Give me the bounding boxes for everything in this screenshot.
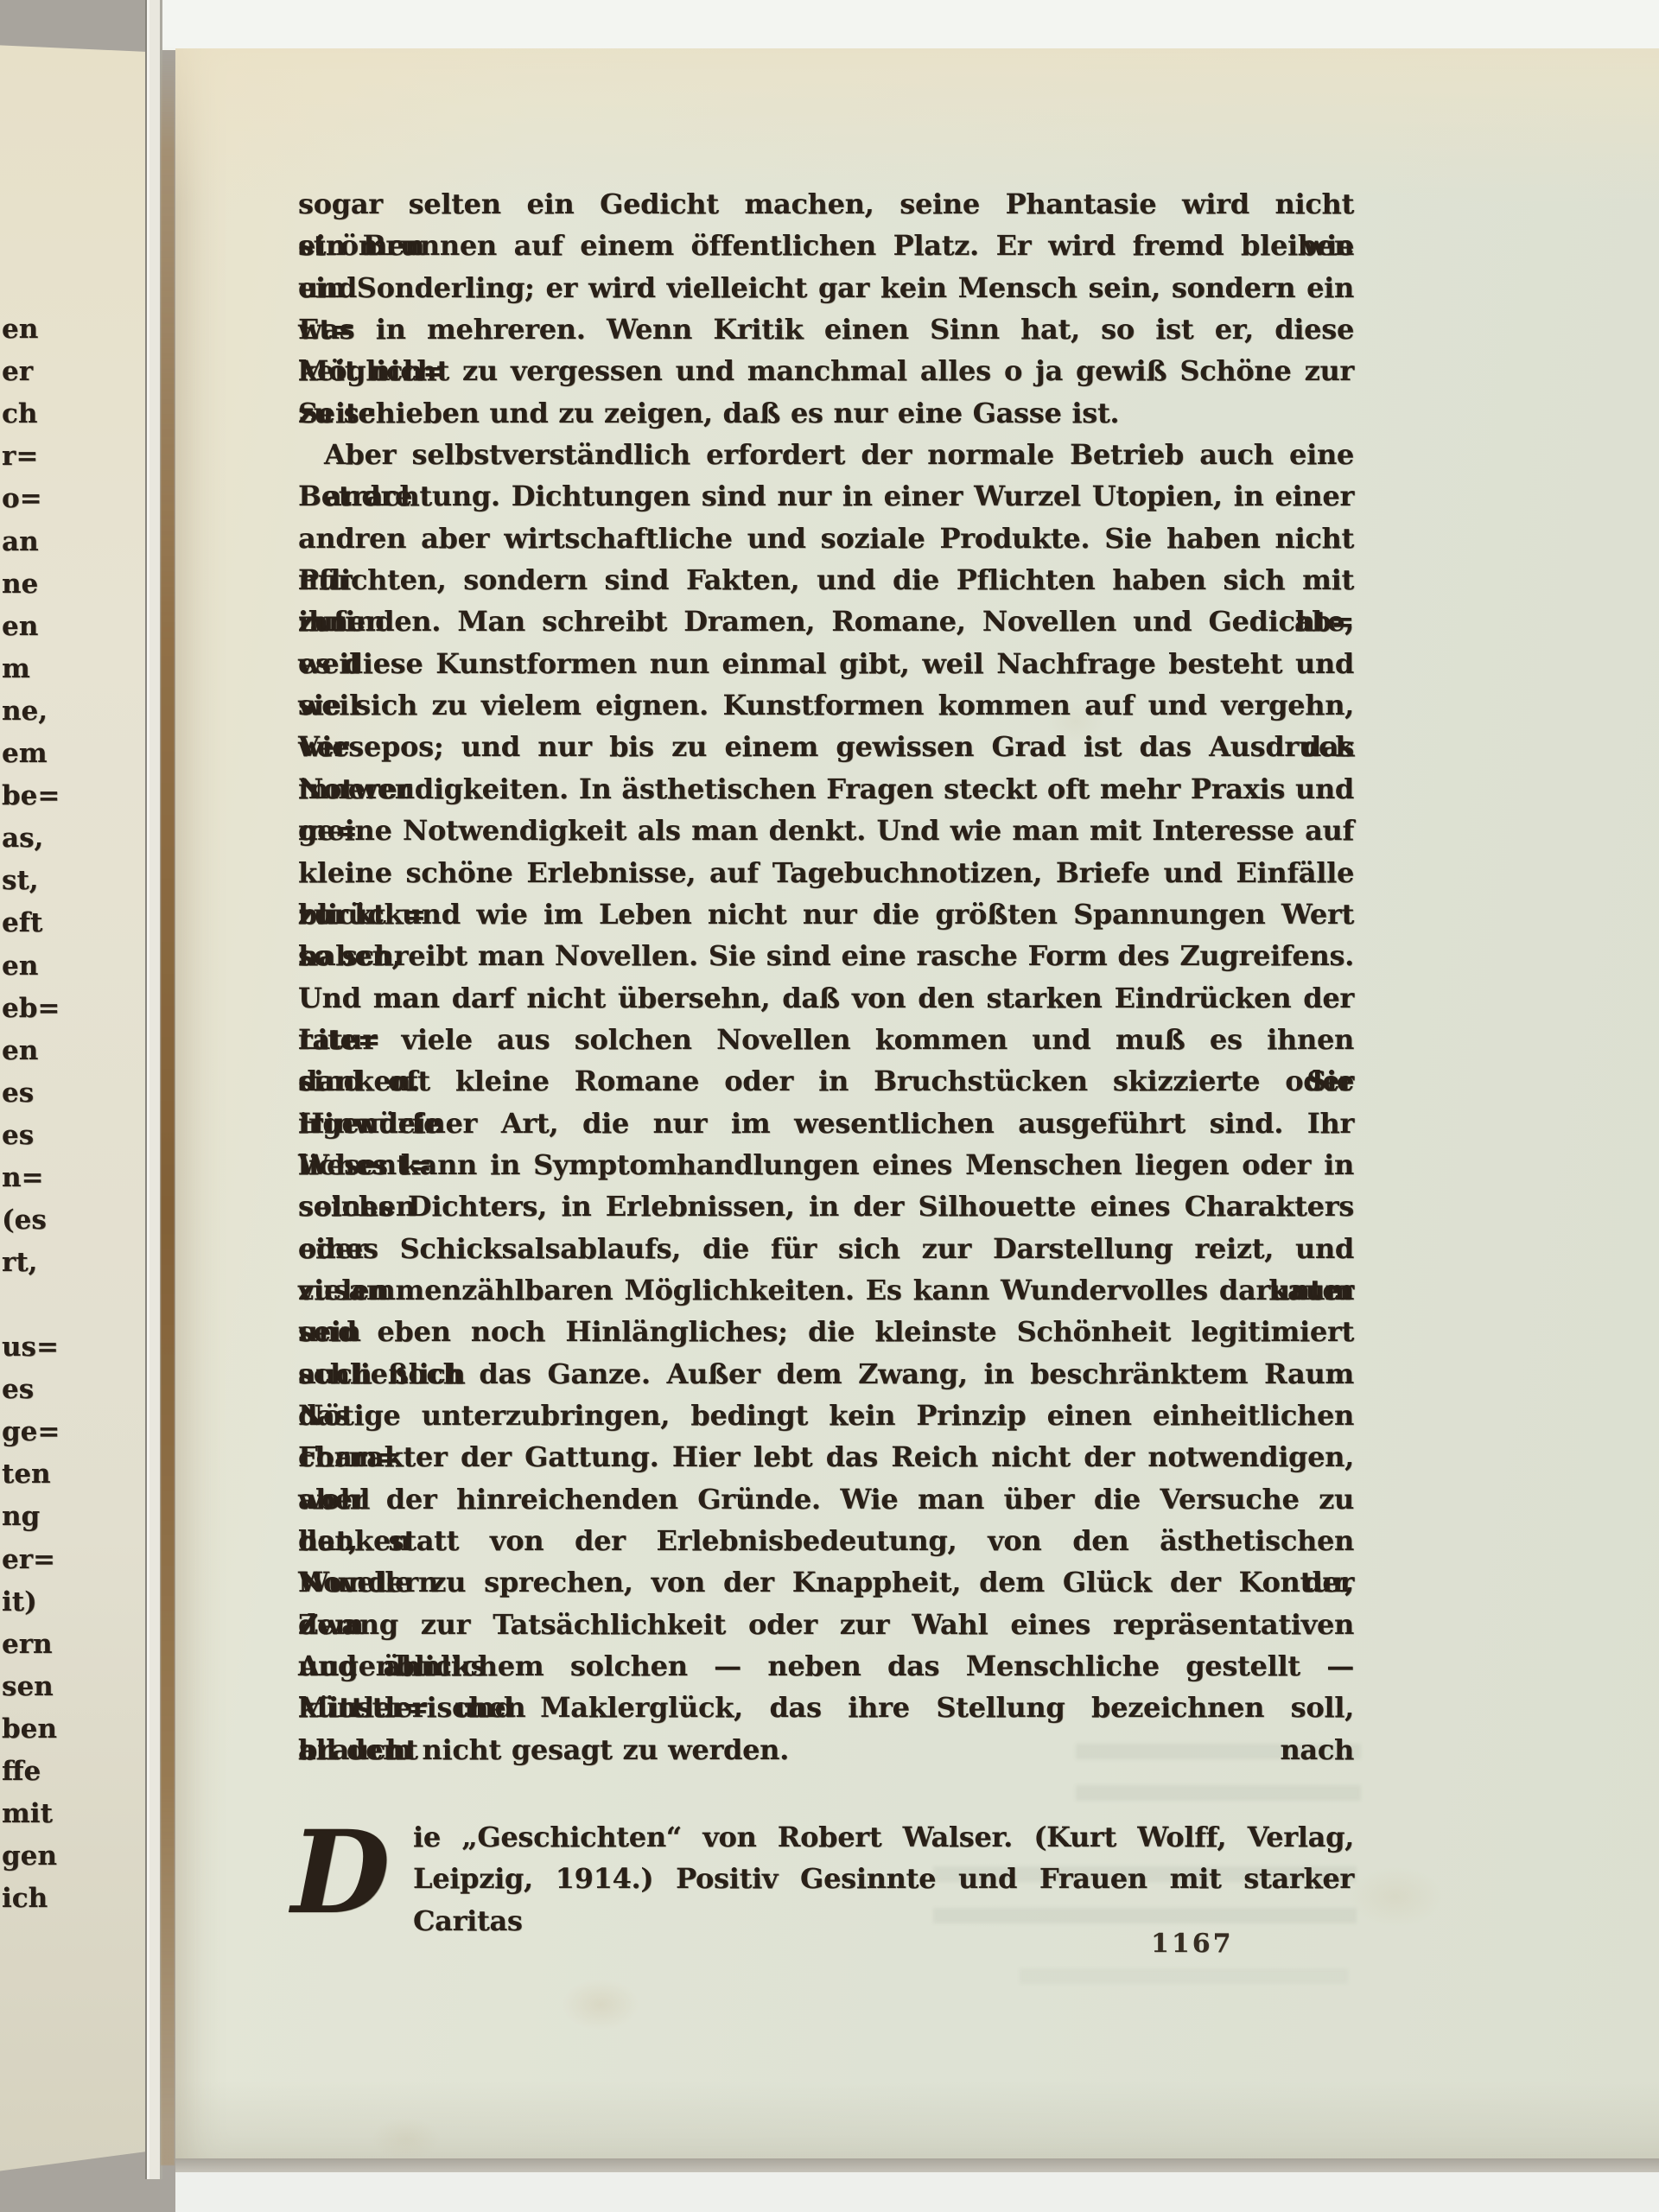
body-text-line: ein Brunnen auf einem öffentlichen Platz… xyxy=(298,225,1354,266)
foxing-spot xyxy=(562,1979,639,2031)
body-text-line: es diese Kunstformen nun einmal gibt, we… xyxy=(298,643,1354,684)
facing-page-line-fragment: (es xyxy=(2,1207,47,1234)
fore-edge-stain xyxy=(161,47,175,2165)
facing-page-line-fragment: o= xyxy=(2,486,42,512)
body-text-line: und ähnlichem solchen — neben das Mensch… xyxy=(298,1645,1354,1687)
body-text-line: so schreibt man Novellen. Sie sind eine … xyxy=(298,935,1354,976)
facing-page-line-fragment: as, xyxy=(2,825,43,852)
page-number: 1167 xyxy=(1151,1927,1234,1961)
body-text-line: keit nicht zu vergessen und manchmal all… xyxy=(298,350,1354,391)
facing-page-line-fragment: ten xyxy=(2,1461,51,1488)
facing-page-line-fragment: en xyxy=(2,316,38,343)
body-text-line: liches kann in Symptomhandlungen eines M… xyxy=(298,1144,1354,1185)
facing-page-line-fragment: mit xyxy=(2,1801,53,1827)
body-text-line: ein Sonderling; er wird vielleicht gar k… xyxy=(298,267,1354,308)
body-text-line: sind oft kleine Romane oder in Bruchstüc… xyxy=(298,1060,1354,1102)
facing-page-line-fragment: sen xyxy=(2,1674,54,1700)
facing-page-line-fragment: be= xyxy=(2,783,60,810)
review-paragraph-lines: ie „Geschichten“ von Robert Walser. (Kur… xyxy=(298,1816,1354,1900)
facing-page-line-fragment: ben xyxy=(2,1716,57,1743)
body-text-line: Notwendigkeiten. In ästhetischen Fragen … xyxy=(298,768,1354,810)
body-text-line: Betrachtung. Dichtungen sind nur in eine… xyxy=(298,475,1354,517)
facing-page-line-fragment: st, xyxy=(2,868,39,894)
facing-page-line-fragment: er= xyxy=(2,1547,55,1573)
body-text-line: auch noch das Ganze. Außer dem Zwang, in… xyxy=(298,1353,1354,1395)
body-text-line: Novelle zu sprechen, von der Knappheit, … xyxy=(298,1561,1354,1603)
body-text-line: eines Schicksalsablaufs, die für sich zu… xyxy=(298,1228,1354,1269)
facing-page-line-fragment: an xyxy=(2,529,39,556)
facing-page-line-fragment: ich xyxy=(2,1885,48,1912)
body-text-line: meine Notwendigkeit als man denkt. Und w… xyxy=(298,810,1354,851)
body-text-line: was in mehreren. Wenn Kritik einen Sinn … xyxy=(298,308,1354,350)
facing-page-line-fragment: es xyxy=(2,1122,34,1149)
foxing-spot xyxy=(1348,1866,1443,1927)
body-text-line: andren aber wirtschaftliche und soziale … xyxy=(298,518,1354,559)
body-text-line: und eben noch Hinlängliches; die kleinst… xyxy=(298,1311,1354,1352)
body-text-line: Nötige unterzubringen, bedingt kein Prin… xyxy=(298,1395,1354,1436)
facing-page-line-fragment: gen xyxy=(2,1843,57,1870)
foxing-spot xyxy=(372,2117,441,2160)
body-text-line: Versepos; und nur bis zu einem gewissen … xyxy=(298,726,1354,767)
facing-page-line-fragment: ch xyxy=(2,401,37,428)
body-text-line: Aber selbstverständlich erfordert der no… xyxy=(298,434,1354,475)
body-text-line: seines Dichters, in Erlebnissen, in der … xyxy=(298,1185,1354,1227)
body-text-line: Und man darf nicht übersehn, daß von den… xyxy=(298,977,1354,1019)
facing-page-line-fragment: ne xyxy=(2,571,38,598)
facing-page-line-fragment: eft xyxy=(2,910,42,937)
body-text-line: zufinden. Man schreibt Dramen, Romane, N… xyxy=(298,601,1354,642)
facing-page-line-fragment: en xyxy=(2,1038,38,1065)
facing-page-line-fragment: eb= xyxy=(2,995,60,1022)
page-bottom-shadow xyxy=(175,2158,1659,2172)
facing-page-line-fragment: ffe xyxy=(2,1758,41,1785)
body-text-line: zu schieben und zu zeigen, daß es nur ei… xyxy=(298,392,1354,434)
review-text-line: Leipzig, 1914.) Positiv Gesinnte und Fra… xyxy=(413,1858,1354,1899)
body-text-line: charakter der Gattung. Hier lebt das Rei… xyxy=(298,1436,1354,1478)
facing-page-line-fragment: ng xyxy=(2,1503,40,1530)
body-text-line: Pflichten, sondern sind Fakten, und die … xyxy=(298,559,1354,601)
backdrop-bottom-light-band xyxy=(175,2172,1659,2212)
body-text-line: hat, statt von der Erlebnisbedeutung, vo… xyxy=(298,1520,1354,1561)
facing-page-line-fragment: n= xyxy=(2,1165,44,1192)
body-text-line: sie sich zu vielem eignen. Kunstformen k… xyxy=(298,684,1354,726)
body-text-line: sogar selten ein Gedicht machen, seine P… xyxy=(298,183,1354,225)
facing-page-line-fragment: ne, xyxy=(2,698,48,725)
facing-page-line-fragment: es xyxy=(2,1080,34,1107)
body-text-line: aber der hinreichenden Gründe. Wie man ü… xyxy=(298,1478,1354,1520)
facing-page-line-fragment: it) xyxy=(2,1589,37,1616)
body-text-line: irgendeiner Art, die nur im wesentlichen… xyxy=(298,1103,1354,1144)
body-text-line: Zwang zur Tatsächlichkeit oder zur Wahl … xyxy=(298,1604,1354,1645)
body-text-line: ratur viele aus solchen Novellen kommen … xyxy=(298,1019,1354,1060)
facing-page-line-fragment: en xyxy=(2,953,38,980)
book-scan-photo: enerchr=o=anneenmne,embe=as,st,efteneb=e… xyxy=(0,0,1659,2212)
facing-page-line-fragment: rt, xyxy=(2,1249,37,1276)
dropcap-letter: D xyxy=(291,1816,390,1930)
backdrop-top-light-band xyxy=(157,0,1659,50)
facing-page-line-fragment: er xyxy=(2,359,33,385)
review-text-line: ie „Geschichten“ von Robert Walser. (Kur… xyxy=(413,1816,1354,1858)
facing-page-line-fragment: em xyxy=(2,741,48,767)
facing-page-line-fragment: r= xyxy=(2,443,38,470)
facing-page-line-fragment: es xyxy=(2,1376,34,1403)
body-text-line: zusammenzählbaren Möglichkeiten. Es kann… xyxy=(298,1269,1354,1311)
body-text-line: Mittler= und Maklerglück, das ihre Stell… xyxy=(298,1687,1354,1728)
body-text-line: blickt und wie im Leben nicht nur die gr… xyxy=(298,893,1354,935)
facing-page-line-fragment: ge= xyxy=(2,1419,60,1446)
facing-page-line-fragment: us= xyxy=(2,1334,59,1361)
facing-page-line-fragment: en xyxy=(2,613,38,640)
review-paragraph: D ie „Geschichten“ von Robert Walser. (K… xyxy=(298,1816,1354,1900)
facing-page-line-fragment: m xyxy=(2,656,30,683)
body-text: sogar selten ein Gedicht machen, seine P… xyxy=(298,183,1354,1770)
facing-page-line-fragment: ern xyxy=(2,1631,53,1658)
body-text-line: kleine schöne Erlebnisse, auf Tagebuchno… xyxy=(298,852,1354,893)
page-edge-stack xyxy=(145,0,162,2179)
